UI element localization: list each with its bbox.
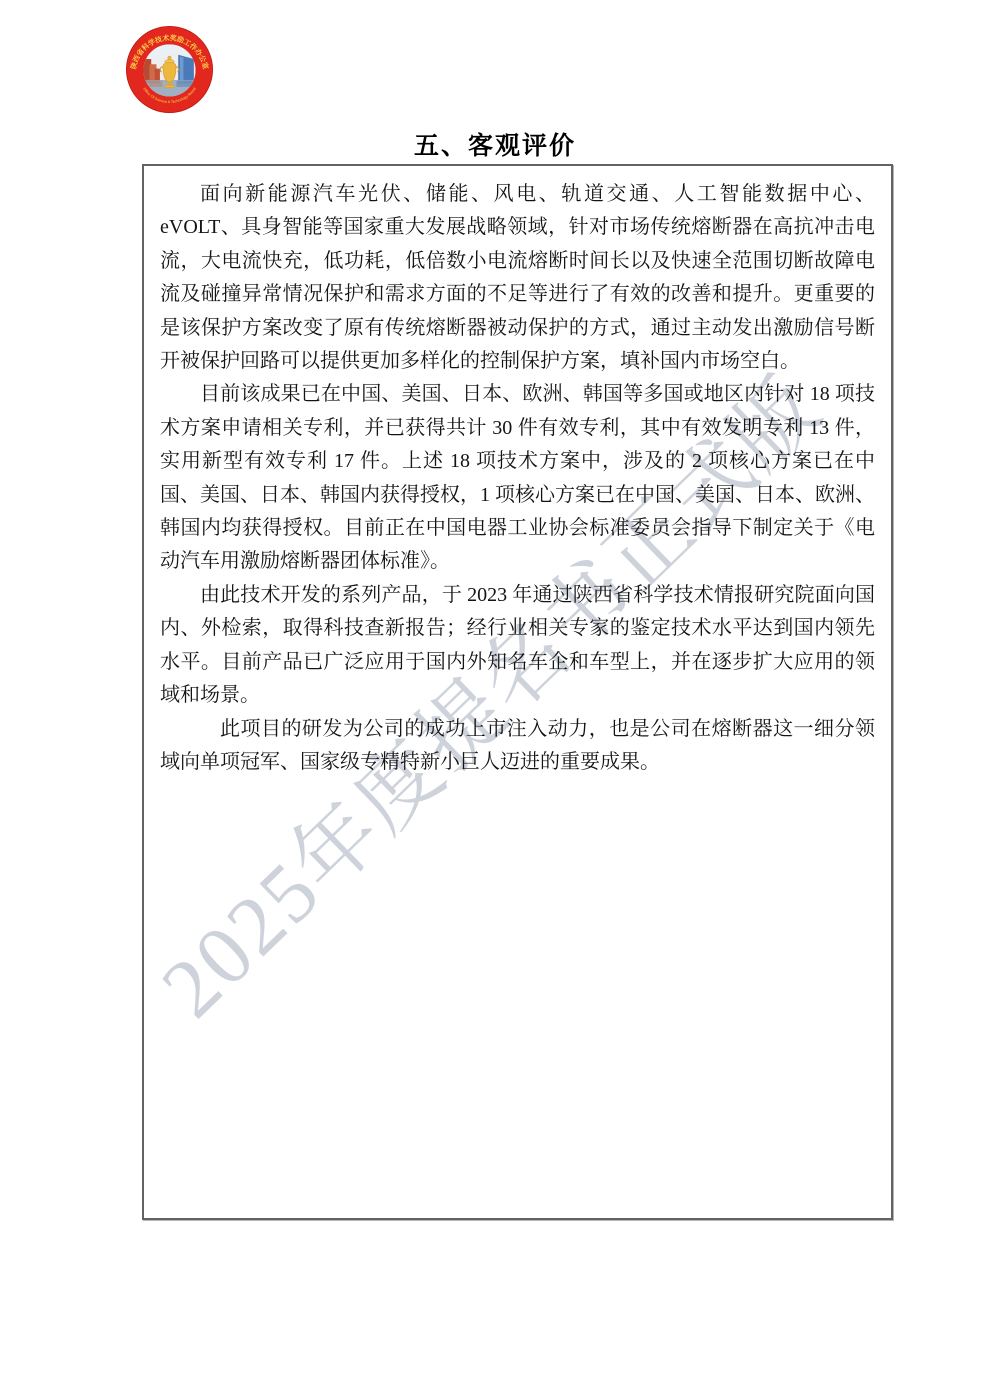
evaluation-text-box: 面向新能源汽车光伏、储能、风电、轨道交通、人工智能数据中心、eVOLT、具身智能… bbox=[142, 164, 893, 1220]
paragraph: 面向新能源汽车光伏、储能、风电、轨道交通、人工智能数据中心、eVOLT、具身智能… bbox=[160, 178, 875, 378]
paragraph-container: 面向新能源汽车光伏、储能、风电、轨道交通、人工智能数据中心、eVOLT、具身智能… bbox=[144, 166, 891, 779]
paragraph: 此项目的研发为公司的成功上市注入动力，也是公司在熔断器这一细分领域向单项冠军、国… bbox=[160, 713, 875, 780]
office-seal-logo: 陕西省科学技术奖励工作办公室 Office Of Science & Techn… bbox=[126, 26, 213, 113]
paragraph: 由此技术开发的系列产品，于 2023 年通过陕西省科学技术情报研究院面向国内、外… bbox=[160, 579, 875, 713]
paragraph: 目前该成果已在中国、美国、日本、欧洲、韩国等多国或地区内针对 18 项技术方案申… bbox=[160, 378, 875, 578]
section-title: 五、客观评价 bbox=[0, 126, 990, 162]
